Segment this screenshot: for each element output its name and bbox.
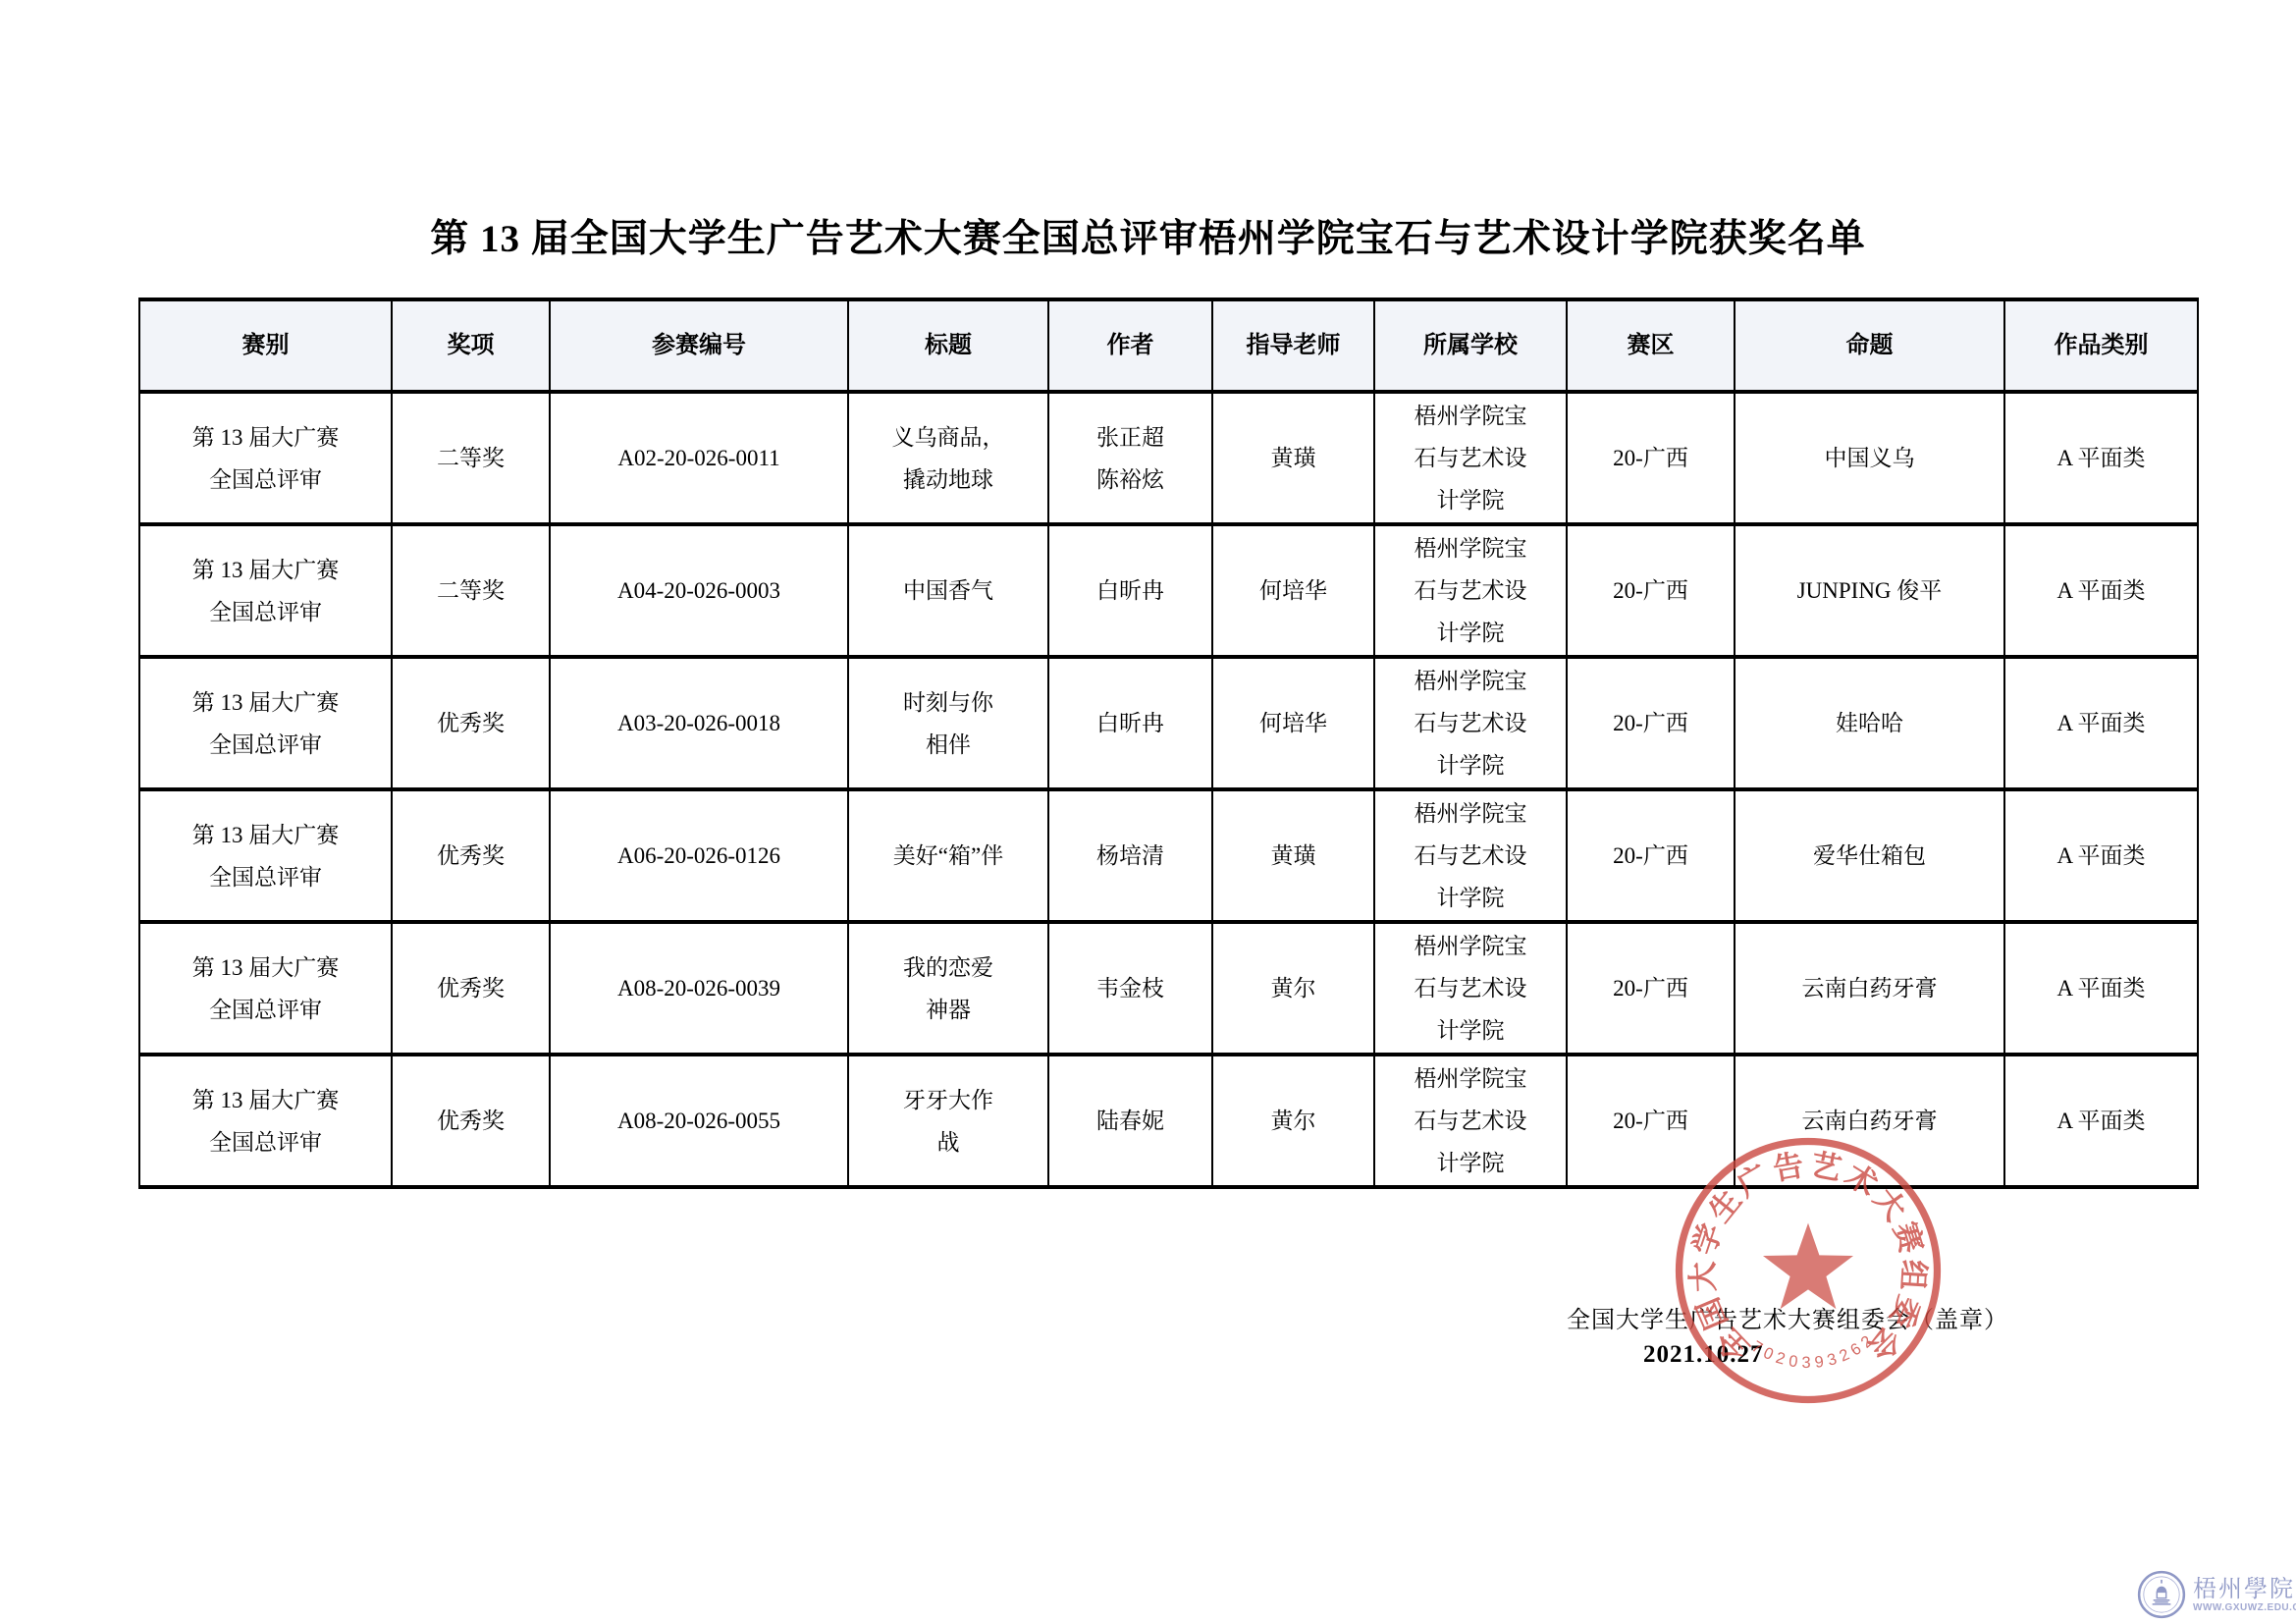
signature-date: 2021.10.27 bbox=[1643, 1341, 1764, 1369]
cell-category: 第 13 届大广赛 全国总评审 bbox=[139, 1055, 392, 1187]
stamp-serial-number: 7020393262 bbox=[1748, 1329, 1879, 1372]
cell-teacher: 何培华 bbox=[1212, 657, 1374, 789]
cell-author: 杨培清 bbox=[1048, 789, 1212, 922]
col-header-brief: 命题 bbox=[1735, 299, 2004, 392]
cell-category: 第 13 届大广赛 全国总评审 bbox=[139, 392, 392, 524]
cell-work-type: A 平面类 bbox=[2004, 922, 2198, 1055]
col-header-teacher: 指导老师 bbox=[1212, 299, 1374, 392]
cell-title: 我的恋爱 神器 bbox=[848, 922, 1048, 1055]
cell-work-type: A 平面类 bbox=[2004, 789, 2198, 922]
cell-work-type: A 平面类 bbox=[2004, 392, 2198, 524]
cell-brief: 云南白药牙膏 bbox=[1735, 922, 2004, 1055]
cell-entry-no: A04-20-026-0003 bbox=[550, 524, 848, 657]
cell-award: 二等奖 bbox=[392, 392, 550, 524]
col-header-work-type: 作品类别 bbox=[2004, 299, 2198, 392]
table-row: 第 13 届大广赛 全国总评审 优秀奖 A06-20-026-0126 美好“箱… bbox=[139, 789, 2198, 922]
cell-title: 美好“箱”伴 bbox=[848, 789, 1048, 922]
cell-school: 梧州学院宝 石与艺术设 计学院 bbox=[1374, 1055, 1567, 1187]
cell-title: 牙牙大作 战 bbox=[848, 1055, 1048, 1187]
cell-division: 20-广西 bbox=[1567, 922, 1735, 1055]
cell-entry-no: A08-20-026-0039 bbox=[550, 922, 848, 1055]
col-header-entry-no: 参赛编号 bbox=[550, 299, 848, 392]
cell-brief: 中国义乌 bbox=[1735, 392, 2004, 524]
cell-title: 时刻与你 相伴 bbox=[848, 657, 1048, 789]
university-watermark: 梧州學院 WWW.GXUWZ.EDU.CN bbox=[2136, 1569, 2296, 1620]
table-row: 第 13 届大广赛 全国总评审 优秀奖 A03-20-026-0018 时刻与你… bbox=[139, 657, 2198, 789]
cell-author: 白昕冉 bbox=[1048, 524, 1212, 657]
col-header-division: 赛区 bbox=[1567, 299, 1735, 392]
col-header-school: 所属学校 bbox=[1374, 299, 1567, 392]
cell-division: 20-广西 bbox=[1567, 1055, 1735, 1187]
cell-school: 梧州学院宝 石与艺术设 计学院 bbox=[1374, 789, 1567, 922]
committee-signature: 全国大学生广告艺术大赛组委会（盖章） bbox=[1567, 1300, 2008, 1334]
cell-school: 梧州学院宝 石与艺术设 计学院 bbox=[1374, 392, 1567, 524]
cell-work-type: A 平面类 bbox=[2004, 524, 2198, 657]
stamp-star-icon bbox=[1763, 1223, 1853, 1309]
cell-author: 白昕冉 bbox=[1048, 657, 1212, 789]
cell-entry-no: A08-20-026-0055 bbox=[550, 1055, 848, 1187]
table-row: 第 13 届大广赛 全国总评审 二等奖 A02-20-026-0011 义乌商品… bbox=[139, 392, 2198, 524]
cell-brief: JUNPING 俊平 bbox=[1735, 524, 2004, 657]
cell-brief: 爱华仕箱包 bbox=[1735, 789, 2004, 922]
cell-division: 20-广西 bbox=[1567, 392, 1735, 524]
cell-category: 第 13 届大广赛 全国总评审 bbox=[139, 657, 392, 789]
cell-division: 20-广西 bbox=[1567, 657, 1735, 789]
table-row: 第 13 届大广赛 全国总评审 二等奖 A04-20-026-0003 中国香气… bbox=[139, 524, 2198, 657]
col-header-author: 作者 bbox=[1048, 299, 1212, 392]
cell-author: 陆春妮 bbox=[1048, 1055, 1212, 1187]
cell-award: 优秀奖 bbox=[392, 922, 550, 1055]
cell-title: 中国香气 bbox=[848, 524, 1048, 657]
cell-category: 第 13 届大广赛 全国总评审 bbox=[139, 922, 392, 1055]
university-emblem-icon bbox=[2136, 1569, 2187, 1620]
cell-author: 韦金枝 bbox=[1048, 922, 1212, 1055]
cell-teacher: 黄尔 bbox=[1212, 1055, 1374, 1187]
awards-table: 赛别 奖项 参赛编号 标题 作者 指导老师 所属学校 赛区 命题 作品类别 第 … bbox=[138, 298, 2199, 1189]
cell-brief: 云南白药牙膏 bbox=[1735, 1055, 2004, 1187]
cell-award: 优秀奖 bbox=[392, 657, 550, 789]
cell-entry-no: A06-20-026-0126 bbox=[550, 789, 848, 922]
col-header-title: 标题 bbox=[848, 299, 1048, 392]
cell-author: 张正超 陈裕炫 bbox=[1048, 392, 1212, 524]
document-page: 第 13 届全国大学生广告艺术大赛全国总评审梧州学院宝石与艺术设计学院获奖名单 … bbox=[0, 0, 2296, 1624]
document-title: 第 13 届全国大学生广告艺术大赛全国总评审梧州学院宝石与艺术设计学院获奖名单 bbox=[0, 208, 2296, 263]
cell-entry-no: A02-20-026-0011 bbox=[550, 392, 848, 524]
cell-division: 20-广西 bbox=[1567, 789, 1735, 922]
col-header-category: 赛别 bbox=[139, 299, 392, 392]
cell-brief: 娃哈哈 bbox=[1735, 657, 2004, 789]
cell-category: 第 13 届大广赛 全国总评审 bbox=[139, 789, 392, 922]
cell-work-type: A 平面类 bbox=[2004, 1055, 2198, 1187]
cell-teacher: 黄璜 bbox=[1212, 392, 1374, 524]
cell-teacher: 黄尔 bbox=[1212, 922, 1374, 1055]
table-row: 第 13 届大广赛 全国总评审 优秀奖 A08-20-026-0039 我的恋爱… bbox=[139, 922, 2198, 1055]
cell-teacher: 黄璜 bbox=[1212, 789, 1374, 922]
cell-work-type: A 平面类 bbox=[2004, 657, 2198, 789]
cell-title: 义乌商品， 撬动地球 bbox=[848, 392, 1048, 524]
cell-school: 梧州学院宝 石与艺术设 计学院 bbox=[1374, 657, 1567, 789]
col-header-award: 奖项 bbox=[392, 299, 550, 392]
header-row: 赛别 奖项 参赛编号 标题 作者 指导老师 所属学校 赛区 命题 作品类别 bbox=[139, 299, 2198, 392]
cell-school: 梧州学院宝 石与艺术设 计学院 bbox=[1374, 524, 1567, 657]
cell-category: 第 13 届大广赛 全国总评审 bbox=[139, 524, 392, 657]
cell-division: 20-广西 bbox=[1567, 524, 1735, 657]
cell-award: 优秀奖 bbox=[392, 789, 550, 922]
university-url: WWW.GXUWZ.EDU.CN bbox=[2193, 1602, 2296, 1613]
svg-text:7020393262: 7020393262 bbox=[1748, 1329, 1879, 1372]
cell-entry-no: A03-20-026-0018 bbox=[550, 657, 848, 789]
table-row: 第 13 届大广赛 全国总评审 优秀奖 A08-20-026-0055 牙牙大作… bbox=[139, 1055, 2198, 1187]
cell-school: 梧州学院宝 石与艺术设 计学院 bbox=[1374, 922, 1567, 1055]
cell-teacher: 何培华 bbox=[1212, 524, 1374, 657]
university-name: 梧州學院 bbox=[2193, 1577, 2296, 1602]
cell-award: 优秀奖 bbox=[392, 1055, 550, 1187]
cell-award: 二等奖 bbox=[392, 524, 550, 657]
